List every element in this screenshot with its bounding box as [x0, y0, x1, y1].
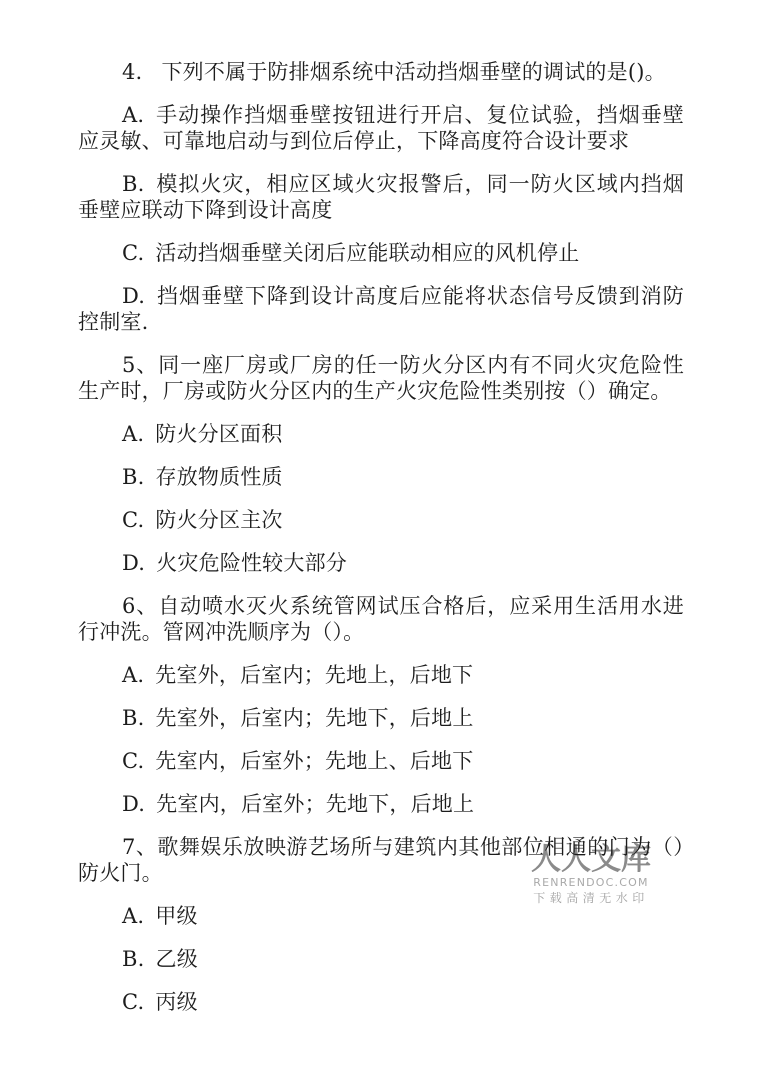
question-number: 5、 — [122, 353, 158, 377]
option-text: 防火分区面积 — [155, 422, 282, 446]
answer-option: D.挡烟垂壁下降到设计高度后应能将状态信号反馈到消防控制室. — [78, 283, 684, 335]
option-text: 先室外，后室内；先地下，后地上 — [156, 706, 474, 730]
option-text: 先室内，后室外；先地下，后地上 — [156, 792, 474, 816]
option-text: 手动操作挡烟垂壁按钮进行开启、复位试验，挡烟垂壁应灵敏、可靠地启动与到位后停止，… — [78, 103, 684, 153]
question-number: 6、 — [122, 594, 158, 618]
option-label: A. — [122, 103, 144, 127]
option-text: 先室外，后室内；先地上，后地下 — [155, 663, 473, 687]
answer-option: B.乙级 — [78, 946, 684, 972]
option-label: A. — [122, 904, 144, 928]
answer-option: D.火灾危险性较大部分 — [78, 550, 684, 576]
option-label: C. — [122, 241, 144, 265]
question-text: 自动喷水灭火系统管网试压合格后，应采用生活用水进行冲洗。管网冲洗顺序为（）。 — [78, 594, 684, 644]
answer-option: C.防火分区主次 — [78, 507, 684, 533]
answer-option: C.先室内，后室外；先地上、后地下 — [78, 748, 684, 774]
option-label: A. — [122, 663, 144, 687]
option-text: 丙级 — [155, 990, 197, 1014]
option-text: 活动挡烟垂壁关闭后应能联动相应的风机停止 — [155, 241, 579, 265]
question-stem: 7、歌舞娱乐放映游艺场所与建筑内其他部位相通的门为（）防火门。 — [78, 834, 684, 886]
answer-option: C.活动挡烟垂壁关闭后应能联动相应的风机停止 — [78, 240, 684, 266]
answer-option: B.模拟火灾，相应区域火灾报警后，同一防火区域内挡烟垂壁应联动下降到设计高度 — [78, 171, 684, 223]
answer-option: A.先室外，后室内；先地上，后地下 — [78, 662, 684, 688]
option-text: 防火分区主次 — [155, 508, 282, 532]
option-label: C. — [122, 749, 144, 773]
option-text: 火灾危险性较大部分 — [156, 551, 347, 575]
option-label: B. — [122, 947, 145, 971]
option-text: 模拟火灾，相应区域火灾报警后，同一防火区域内挡烟垂壁应联动下降到设计高度 — [78, 172, 684, 222]
question-text: 下列不属于防排烟系统中活动挡烟垂壁的调试的是()。 — [161, 60, 665, 84]
option-label: B. — [122, 172, 145, 196]
option-label: B. — [122, 465, 145, 489]
answer-option: B.先室外，后室内；先地下，后地上 — [78, 705, 684, 731]
option-text: 先室内，后室外；先地上、后地下 — [155, 749, 473, 773]
question-stem: 4.下列不属于防排烟系统中活动挡烟垂壁的调试的是()。 — [78, 59, 684, 85]
question-text: 歌舞娱乐放映游艺场所与建筑内其他部位相通的门为（）防火门。 — [78, 835, 684, 885]
option-label: D. — [122, 792, 145, 816]
answer-option: A.甲级 — [78, 903, 684, 929]
option-label: C. — [122, 990, 144, 1014]
question-stem: 6、自动喷水灭火系统管网试压合格后，应采用生活用水进行冲洗。管网冲洗顺序为（）。 — [78, 593, 684, 645]
option-label: D. — [122, 551, 145, 575]
answer-option: C.丙级 — [78, 989, 684, 1015]
option-label: A. — [122, 422, 144, 446]
option-label: D. — [122, 284, 145, 308]
option-label: B. — [122, 706, 145, 730]
answer-option: D.先室内，后室外；先地下，后地上 — [78, 791, 684, 817]
option-text: 存放物质性质 — [156, 465, 283, 489]
document-page: 4.下列不属于防排烟系统中活动挡烟垂壁的调试的是()。A.手动操作挡烟垂壁按钮进… — [0, 0, 763, 1015]
answer-option: B.存放物质性质 — [78, 464, 684, 490]
option-text: 乙级 — [156, 947, 198, 971]
question-number: 7、 — [122, 835, 157, 859]
question-stem: 5、同一座厂房或厂房的任一防火分区内有不同火灾危险性生产时，厂房或防火分区内的生… — [78, 352, 684, 404]
option-text: 挡烟垂壁下降到设计高度后应能将状态信号反馈到消防控制室. — [78, 284, 684, 334]
question-text: 同一座厂房或厂房的任一防火分区内有不同火灾危险性生产时，厂房或防火分区内的生产火… — [78, 353, 684, 403]
option-text: 甲级 — [155, 904, 197, 928]
answer-option: A.手动操作挡烟垂壁按钮进行开启、复位试验，挡烟垂壁应灵敏、可靠地启动与到位后停… — [78, 102, 684, 154]
option-label: C. — [122, 508, 144, 532]
answer-option: A.防火分区面积 — [78, 421, 684, 447]
question-number: 4. — [122, 60, 142, 84]
